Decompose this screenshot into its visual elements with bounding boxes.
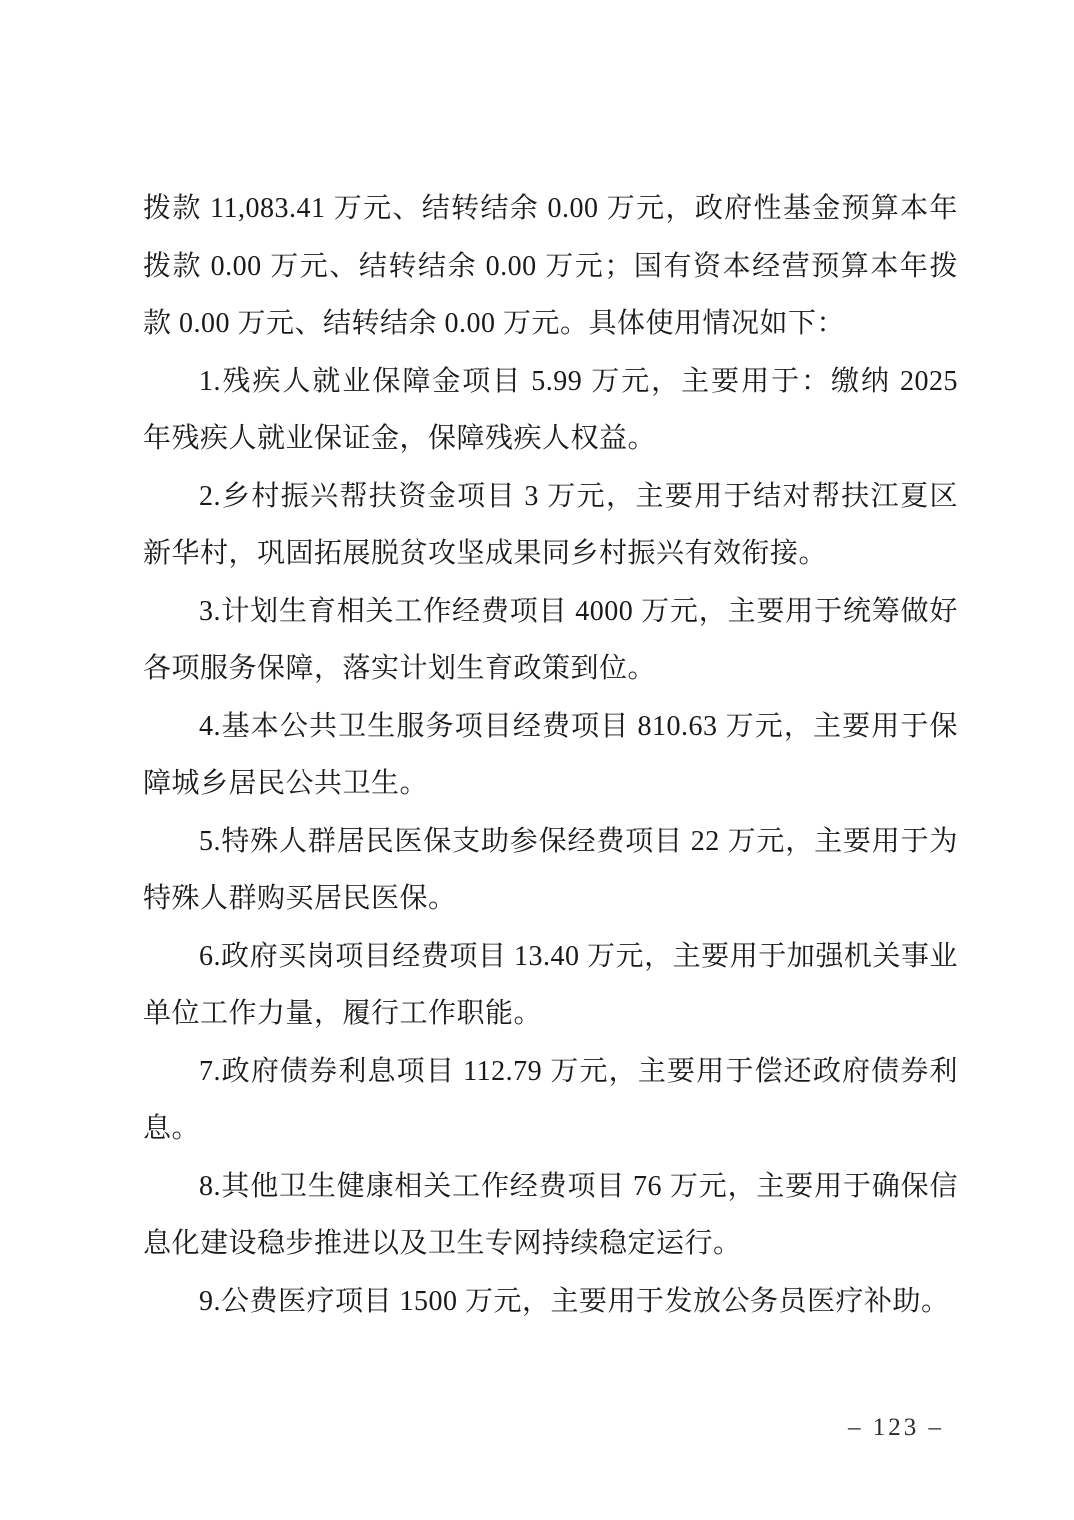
budget-item-8: 8.其他卫生健康相关工作经费项目 76 万元，主要用于确保信息化建设稳步推进以及… bbox=[143, 1158, 958, 1273]
budget-item-3: 3.计划生育相关工作经费项目 4000 万元，主要用于统筹做好各项服务保障，落实… bbox=[143, 583, 958, 698]
document-body: 拨款 11,083.41 万元、结转结余 0.00 万元，政府性基金预算本年拨款… bbox=[143, 180, 958, 1330]
paragraph-budget-summary: 拨款 11,083.41 万元、结转结余 0.00 万元，政府性基金预算本年拨款… bbox=[143, 180, 958, 353]
budget-item-9: 9.公费医疗项目 1500 万元，主要用于发放公务员医疗补助。 bbox=[143, 1273, 958, 1331]
page-number: – 123 – bbox=[848, 1414, 944, 1442]
budget-item-4: 4.基本公共卫生服务项目经费项目 810.63 万元，主要用于保障城乡居民公共卫… bbox=[143, 698, 958, 813]
budget-item-1: 1.残疾人就业保障金项目 5.99 万元，主要用于：缴纳 2025 年残疾人就业… bbox=[143, 353, 958, 468]
budget-item-7: 7.政府债券利息项目 112.79 万元，主要用于偿还政府债券利息。 bbox=[143, 1043, 958, 1158]
budget-item-6: 6.政府买岗项目经费项目 13.40 万元，主要用于加强机关事业单位工作力量，履… bbox=[143, 928, 958, 1043]
budget-item-2: 2.乡村振兴帮扶资金项目 3 万元，主要用于结对帮扶江夏区新华村，巩固拓展脱贫攻… bbox=[143, 468, 958, 583]
budget-item-5: 5.特殊人群居民医保支助参保经费项目 22 万元，主要用于为特殊人群购买居民医保… bbox=[143, 813, 958, 928]
document-page: 拨款 11,083.41 万元、结转结余 0.00 万元，政府性基金预算本年拨款… bbox=[0, 0, 1074, 1520]
